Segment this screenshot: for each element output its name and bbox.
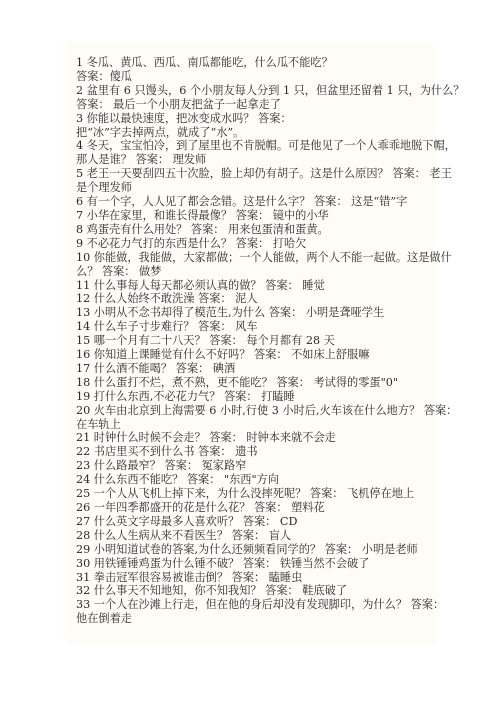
text-line: 1 冬瓜、黄瓜、西瓜、南瓜都能吃，什么瓜不能吃？ <box>76 56 416 70</box>
text-line: 2 盆里有 6 只馒头，6 个小朋友每人分到 1 只，但盆里还留着 1 只，为什… <box>76 84 416 98</box>
text-line: 13 小明从不念书却得了模范生,为什么 答案： 小明是聋哑学生 <box>76 306 416 320</box>
text-line: 14 什么车子寸步难行？ 答案： 风车 <box>76 320 416 334</box>
text-line: 19 打什么东西,不必花力气？ 答案： 打瞌睡 <box>76 390 416 404</box>
text-line: 16 你知道上课睡觉有什么不好吗？ 答案： 不如床上舒服嘛 <box>76 348 416 362</box>
text-line: 15 哪一个月有二十八天？ 答案： 每个月都有 28 天 <box>76 334 416 348</box>
text-line: 33 一个人在沙滩上行走，但在他的身后却没有发现脚印，为什么？ 答案： <box>76 598 416 612</box>
text-line: 5 老王一天要刮四五十次脸，脸上却仍有胡子。这是什么原因？ 答案： 老王 <box>76 167 416 181</box>
text-line: 25 一个人从飞机上掉下来，为什么没摔死呢？ 答案： 飞机停在地上 <box>76 487 416 501</box>
text-line: 32 什么事天不知地知，你不知我知？ 答案： 鞋底破了 <box>76 584 416 598</box>
text-line: 17 什么酒不能喝？ 答案： 碘酒 <box>76 362 416 376</box>
riddle-list: 1 冬瓜、黄瓜、西瓜、南瓜都能吃，什么瓜不能吃？ 答案：傻瓜 2 盆里有 6 只… <box>76 56 416 626</box>
text-line: 9 不必花力气打的东西是什么？ 答案： 打哈欠 <box>76 237 416 251</box>
text-line: 28 什么人生病从来不看医生？ 答案： 盲人 <box>76 529 416 543</box>
text-line: 把“冰”字去掉两点，就成了“水”。 <box>76 126 416 140</box>
text-line: 10 你能做，我能做，大家都做；一个人能做，两个人不能一起做。这是做什 <box>76 251 416 265</box>
text-line: 是个理发师 <box>76 181 416 195</box>
text-line: 22 书店里买不到什么书 答案： 遗书 <box>76 445 416 459</box>
text-line: 20 火车由北京到上海需要 6 小时,行使 3 小时后,火车该在什么地方？ 答案… <box>76 404 416 418</box>
text-line: 么？ 答案： 做梦 <box>76 265 416 279</box>
text-line: 11 什么事每人每天都必须认真的做？ 答案： 睡觉 <box>76 279 416 293</box>
text-line: 24 什么东西不能吃？ 答案： "东西"方向 <box>76 473 416 487</box>
text-line: 6 有一个字，人人见了都会念错。这是什么字？ 答案： 这是“错”字 <box>76 195 416 209</box>
text-line: 12 什么人始终不敢洗澡 答案： 泥人 <box>76 292 416 306</box>
text-line: 在车轨上 <box>76 418 416 432</box>
text-line: 他在倒着走 <box>76 612 416 626</box>
text-line: 21 时钟什么时候不会走？ 答案： 时钟本来就不会走 <box>76 431 416 445</box>
text-line: 30 用铁锤锤鸡蛋为什么锤不破？ 答案： 铁锤当然不会破了 <box>76 557 416 571</box>
text-line: 3 你能以最快速度，把冰变成水吗？ 答案： <box>76 112 416 126</box>
text-line: 26 一年四季都盛开的花是什么花？ 答案： 塑料花 <box>76 501 416 515</box>
text-line: 18 什么蛋打不烂，煮不熟，更不能吃？ 答案： 考试得的零蛋"0" <box>76 376 416 390</box>
text-line: 那人是谁？ 答案： 理发师 <box>76 153 416 167</box>
text-line: 4 冬天，宝宝怕冷，到了屋里也不肯脱帽。可是他见了一个人乖乖地脱下帽， <box>76 139 416 153</box>
text-line: 7 小华在家里，和谁长得最像？ 答案： 镜中的小华 <box>76 209 416 223</box>
text-line: 8 鸡蛋壳有什么用处？ 答案： 用来包蛋清和蛋黄。 <box>76 223 416 237</box>
text-line: 答案：傻瓜 <box>76 70 416 84</box>
text-line: 27 什么英文字母最多人喜欢听？ 答案： CD <box>76 515 416 529</box>
text-line: 29 小明知道试卷的答案,为什么还频频看同学的？ 答案： 小明是老师 <box>76 543 416 557</box>
text-line: 答案： 最后一个小朋友把盆子一起拿走了 <box>76 98 416 112</box>
text-line: 23 什么路最窄？ 答案： 冤家路窄 <box>76 459 416 473</box>
text-line: 31 拳击冠军很容易被谁击倒？ 答案： 瞌睡虫 <box>76 571 416 585</box>
